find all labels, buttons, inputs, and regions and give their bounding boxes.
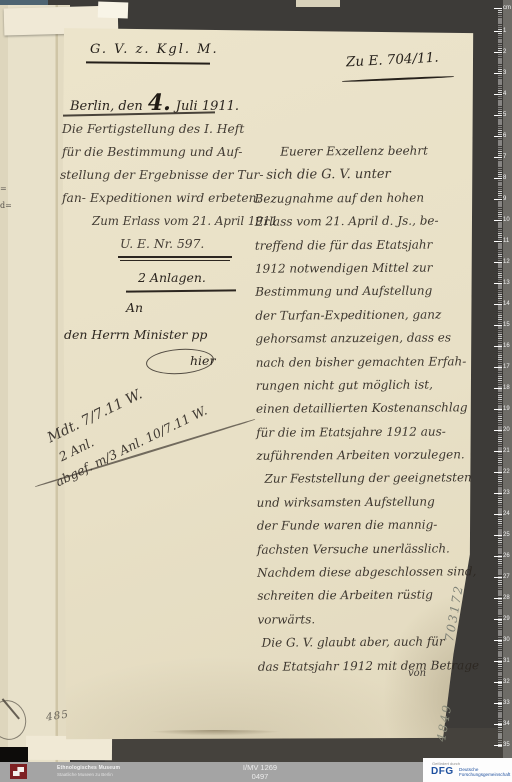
- ruler-tick-label: 26: [503, 553, 512, 560]
- ruler-tick-label: 25: [503, 532, 512, 539]
- museum-subtitle: Staatliche Museen zu Berlin: [57, 772, 113, 777]
- ruler-tick-label: 28: [503, 595, 512, 602]
- ruler-tick-label: 29: [503, 616, 512, 623]
- ruler-tick: [494, 640, 502, 641]
- ruler-tick: [494, 52, 502, 53]
- handwritten-line: 1912 notwendigen Mittel zur: [255, 256, 475, 281]
- ruler-tick-label: 2: [503, 49, 512, 56]
- ruler-tick: [494, 724, 502, 725]
- ruler-tick: [494, 304, 502, 305]
- ruler-tick: [494, 598, 502, 599]
- ruler-tick: [494, 325, 502, 326]
- ruler-tick: [494, 745, 502, 746]
- dfg-logo: Gefördert durch DFG Deutsche Forschungsg…: [423, 758, 512, 782]
- ruler-tick: [494, 31, 502, 32]
- ruler-tick-label: 21: [503, 448, 512, 455]
- ruler-tick-label: 22: [503, 469, 512, 476]
- scanned-archive-document: G. V. z. Kgl. M. Berlin, den 4. Juli 191…: [0, 0, 512, 782]
- dateline-city: Berlin, den: [70, 99, 143, 114]
- margin-number-vertical-lower: 4849: [434, 671, 460, 742]
- ruler-tick: [494, 346, 502, 347]
- ruler-tick-label: 13: [503, 280, 512, 287]
- ruler-tick: [494, 94, 502, 95]
- handwritten-line: treffend die für das Etatsjahr: [255, 233, 475, 258]
- letter-body: Euerer Exzellenz beehrtsich die G. V. un…: [254, 139, 478, 679]
- pencil-page-number: 485: [45, 708, 69, 723]
- ruler-tick-label: 27: [503, 574, 512, 581]
- museum-name: Ethnologisches Museum: [57, 765, 120, 771]
- handwritten-line: schreiten die Arbeiten rüstig: [257, 584, 477, 609]
- ruler-tick: [494, 73, 502, 74]
- handwritten-line: zuführenden Arbeiten vorzulegen.: [256, 443, 476, 468]
- ruler-tick-label: 15: [503, 322, 512, 329]
- ruler-tick: [494, 661, 502, 662]
- left-edge-mark-1: =: [0, 184, 7, 193]
- ruler-tick: [494, 556, 502, 557]
- handwritten-line: sich die G. V. unter: [266, 163, 474, 188]
- ruler-tick-label: 23: [503, 490, 512, 497]
- ruler-mm-ticks: [498, 8, 502, 748]
- ruler-tick: [494, 430, 502, 431]
- ruler-tick: [494, 220, 502, 221]
- ruler-tick-label: 3: [503, 70, 512, 77]
- ruler-tick: [494, 535, 502, 536]
- filing-note-top-right: Zu E. 704/11.: [346, 50, 439, 71]
- ruler-tick-label: 20: [503, 427, 512, 434]
- ruler-tick-label: 33: [503, 700, 512, 707]
- ruler-tick-label: 10: [503, 217, 512, 224]
- filing-note-underline: [342, 76, 454, 82]
- enclosure-note: 2 Anlagen.: [138, 270, 206, 285]
- address-line-minister: den Herrn Minister pp: [64, 327, 207, 342]
- registry-underline: [86, 61, 210, 64]
- ruler-tick: [494, 577, 502, 578]
- handwritten-line: der Turfan-Expeditionen, ganz: [255, 303, 475, 328]
- ruler-tick: [494, 514, 502, 515]
- dfg-full-name: Deutsche Forschungsgemeinschaft: [459, 767, 510, 778]
- shelfmark: I/MV 1269: [228, 763, 292, 772]
- ruler-tick: [494, 367, 502, 368]
- ruler-tick-label: 18: [503, 385, 512, 392]
- handwritten-line: Bestimmung und Aufstellung: [255, 280, 475, 305]
- ruler-tick-label: 19: [503, 406, 512, 413]
- ruler-tick: [494, 157, 502, 158]
- handwritten-line: Euerer Exzellenz beehrt: [280, 139, 474, 164]
- dfg-name-line2: Forschungsgemeinschaft: [459, 772, 510, 777]
- handwritten-line: Erlass vom 21. April d. Js., be-: [255, 209, 475, 234]
- ruler-tick-label: 5: [503, 112, 512, 119]
- ruler-tick-label: 12: [503, 259, 512, 266]
- handwritten-line: nach den bisher gemachten Erfah-: [256, 350, 476, 375]
- handwritten-line: fan- Expeditionen wird erbeten.: [62, 187, 274, 210]
- handwriting-layer: G. V. z. Kgl. M. Berlin, den 4. Juli 191…: [0, 0, 512, 782]
- dfg-acronym: DFG: [431, 766, 454, 777]
- handwritten-line: gehorsamst anzuzeigen, dass es: [255, 326, 475, 351]
- museum-logo: [10, 764, 27, 779]
- ruler-tick: [494, 472, 502, 473]
- left-edge-mark-2: d=: [0, 201, 12, 210]
- handwritten-line: der Funde waren die mannig-: [257, 513, 477, 538]
- ruler-tick-label: 30: [503, 637, 512, 644]
- reference-double-underline-2: [120, 260, 230, 261]
- ruler-tick: [494, 115, 502, 116]
- ruler-tick-label: 31: [503, 658, 512, 665]
- ruler-tick-label: 4: [503, 91, 512, 98]
- handwritten-line: Nachdem diese abgeschlossen sind,: [257, 560, 477, 585]
- scan-page-number: 0497: [228, 772, 292, 781]
- ruler-tick: [494, 409, 502, 410]
- handwritten-line: stellung der Ergebnisse der Tur-: [60, 164, 274, 187]
- handwritten-line: U. E. Nr. 597.: [120, 233, 274, 256]
- ruler-tick-label: 7: [503, 154, 512, 161]
- ruler-tick: [494, 241, 502, 242]
- ruler-tick: [494, 178, 502, 179]
- ruler-tick: [494, 199, 502, 200]
- ruler-tick-label: 16: [503, 343, 512, 350]
- ruler-tick-label: cm: [503, 5, 512, 12]
- request-paragraph: Die Fertigstellung des I. Heftfür die Be…: [62, 118, 274, 256]
- ruler-tick-label: 1: [503, 28, 512, 35]
- ruler-tick: [494, 388, 502, 389]
- handwritten-line: für die Bestimmung und Auf-: [62, 141, 274, 164]
- ruler-tick-label: 6: [503, 133, 512, 140]
- ruler-tick-label: 24: [503, 511, 512, 518]
- cm-ruler: cm12345678910111213141516171819202122232…: [490, 0, 512, 762]
- handwritten-line: und wirksamsten Aufstellung: [257, 490, 477, 515]
- ruler-tick: [494, 619, 502, 620]
- ruler-tick: [494, 703, 502, 704]
- ruler-tick: [494, 8, 502, 9]
- ruler-tick-label: 32: [503, 679, 512, 686]
- enclosure-underline: [126, 289, 236, 292]
- ruler-tick: [494, 262, 502, 263]
- ruler-tick: [494, 451, 502, 452]
- ruler-tick-label: 8: [503, 175, 512, 182]
- handwritten-line: Zum Erlass vom 21. April 1911: [92, 210, 274, 233]
- ruler-tick-label: 34: [503, 721, 512, 728]
- ruler-tick-label: 9: [503, 196, 512, 203]
- handwritten-line: einen detaillierten Kostenanschlag: [256, 397, 476, 422]
- ruler-tick: [494, 283, 502, 284]
- handwritten-line: Die Fertigstellung des I. Heft: [62, 118, 274, 141]
- ruler-tick-label: 14: [503, 301, 512, 308]
- handwritten-line: für die im Etatsjahre 1912 aus-: [256, 420, 476, 445]
- digitization-footer-bar: Ethnologisches Museum Staatliche Museen …: [0, 762, 512, 782]
- museum-logo-glyph-icon: [13, 767, 24, 776]
- ruler-tick-label: 35: [503, 742, 512, 749]
- address-line-an: An: [126, 300, 143, 315]
- ruler-tick: [494, 682, 502, 683]
- reference-double-underline: [118, 256, 232, 258]
- handwritten-line: rungen nicht gut möglich ist,: [256, 373, 476, 398]
- ruler-tick-label: 17: [503, 364, 512, 371]
- handwritten-line: Bezugnahme auf den hohen: [254, 186, 474, 211]
- catchword: von: [408, 668, 426, 679]
- handwritten-line: fachsten Versuche unerlässlich.: [257, 537, 477, 562]
- ruler-tick: [494, 136, 502, 137]
- registry-header: G. V. z. Kgl. M.: [90, 42, 219, 57]
- handwritten-line: Zur Feststellung der geeignetsten: [264, 467, 476, 492]
- ruler-tick: [494, 493, 502, 494]
- ruler-tick-label: 11: [503, 238, 512, 245]
